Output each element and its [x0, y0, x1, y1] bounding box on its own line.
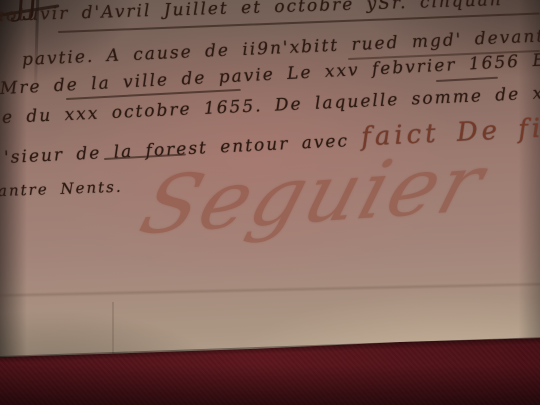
manuscript-line-1: aotuvir d'Avril Juillet et octobre ySr. …: [0, 0, 503, 26]
parchment-fold-horizontal: [0, 282, 540, 298]
ink-underline-1656: [436, 77, 498, 82]
manuscript-photo: JJ aotuvir d'Avril Juillet et octobre yS…: [0, 0, 540, 405]
manuscript-line-6: antre Nents.: [0, 178, 123, 200]
parchment-crease-bottom: [112, 302, 114, 354]
